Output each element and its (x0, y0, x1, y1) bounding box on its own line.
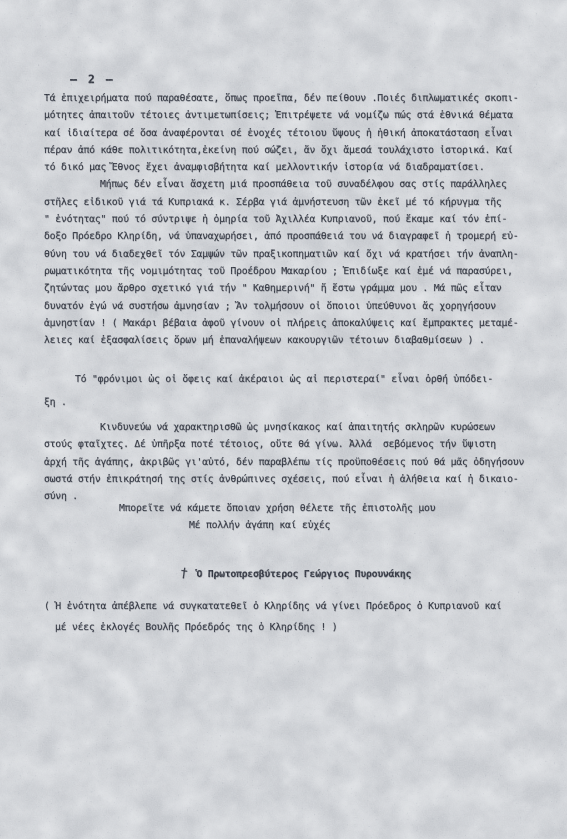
closing-farewell-line: Μέ πολλήν ἀγάπη καί εὐχές (189, 520, 330, 531)
page-number: – 2 – (70, 72, 115, 86)
footnote-line: μέ νέες ἐκλογές Βουλῆς Πρόεδρός της ὁ Κλ… (44, 617, 554, 638)
body-line: Τά ἐπιχειρήματα πού παραθέσατε, ὅπως προ… (44, 90, 544, 107)
body-line: " ἑνότητας" πού τό σύντριψε ἡ ὁμηρία τοῦ… (44, 211, 544, 228)
body-line: Τό "φρόνιμοι ὡς οἱ ὄφεις καί ἀκέραιοι ὡς… (44, 368, 544, 391)
body-line: μότητες ἀπαιτοῦν τέτοιες ἀντιμετωπίσεις;… (44, 107, 544, 124)
letter-content: – 2 – Τά ἐπιχειρήματα πού παραθέσατε, ὅπ… (0, 0, 567, 839)
letter-body: Τά ἐπιχειρήματα πού παραθέσατε, ὅπως προ… (44, 90, 544, 349)
paragraph-3: Τό "φρόνιμοι ὡς οἱ ὄφεις καί ἀκέραιοι ὡς… (44, 368, 544, 414)
paragraph-1: Τά ἐπιχειρήματα πού παραθέσατε, ὅπως προ… (44, 90, 544, 176)
body-line: στούς φταῖχτες. Δέ ὑπῆρξα ποτέ τέτοιος, … (44, 436, 544, 453)
body-line: σωστά στήν ἐπικράτησή της στίς ἀνθρώπινε… (44, 471, 544, 488)
body-line: στῆλες εἰδικοῦ γιά τά Κυπριακά κ. Σέρβα … (44, 194, 544, 211)
body-line: ἀρχή τῆς ἀγάπης, ἀκριβῶς γι'αὐτό, δέν πα… (44, 454, 544, 471)
footnote-line: ( Ἡ ἑνότητα ἀπέβλεπε νά συγκατατεθεῖ ὁ Κ… (44, 596, 554, 617)
body-line: δυνατόν ἐγώ νά συστήσω ἀμνησίαν ; Ἄν τολ… (44, 298, 544, 315)
body-line: ρωματικότητα τῆς νομιμότητας τοῦ Προέδρο… (44, 263, 544, 280)
body-line: τό δικό μας Ἔθνος ἔχει ἀναμφισβήτητα καί… (44, 159, 544, 176)
body-line: δοξο Πρόεδρο Κληρίδη, νά ὑπαναχωρήσει, ἀ… (44, 228, 544, 245)
body-line: λειες καί ἐξασφαλίσεις ὅρων μή ἐπαναλήψε… (44, 332, 544, 349)
body-line: Μήπως δέν εἶναι ἄσχετη μιά προσπάθεια το… (44, 176, 544, 193)
footnote: ( Ἡ ἑνότητα ἀπέβλεπε νά συγκατατεθεῖ ὁ Κ… (44, 596, 554, 638)
paragraph-2: Μήπως δέν εἶναι ἄσχετη μιά προσπάθεια το… (44, 176, 544, 349)
body-line: ἀμνηστίαν ! ( Μακάρι βέβαια ἀφοῦ γίνουν … (44, 315, 544, 332)
body-line: καί ἰδιαίτερα σέ ὅσα ἀναφέρονται σέ ἐνοχ… (44, 125, 544, 142)
body-line: πέραν ἀπό κάθε πολιτικότητα,ἐκείνη πού σ… (44, 142, 544, 159)
paragraph-4: Κινδυνεύω νά χαρακτηρισθῶ ὡς μνησίκακος … (44, 419, 544, 505)
scanned-letter-page: – 2 – Τά ἐπιχειρήματα πού παραθέσατε, ὅπ… (0, 0, 567, 839)
body-line: θύνη του νά διαδεχθεῖ τόν Σαμψών τῶν πρα… (44, 246, 544, 263)
cross-icon: † (179, 566, 189, 582)
closing-permission-line: Μπορεῖτε νά κάμετε ὅποιαν χρήση θέλετε τ… (119, 503, 435, 514)
body-line: Κινδυνεύω νά χαρακτηρισθῶ ὡς μνησίκακος … (44, 419, 544, 436)
body-line: ξη . (44, 391, 544, 414)
body-line: ζητώντας μου ἄρθρο σχετικό γιά τήν " Καθ… (44, 280, 544, 297)
signature-line: †Ὁ Πρωτοπρεσβύτερος Γεώργιος Πυρουνάκης (146, 555, 411, 592)
signature-name: Ὁ Πρωτοπρεσβύτερος Γεώργιος Πυρουνάκης (196, 569, 411, 580)
